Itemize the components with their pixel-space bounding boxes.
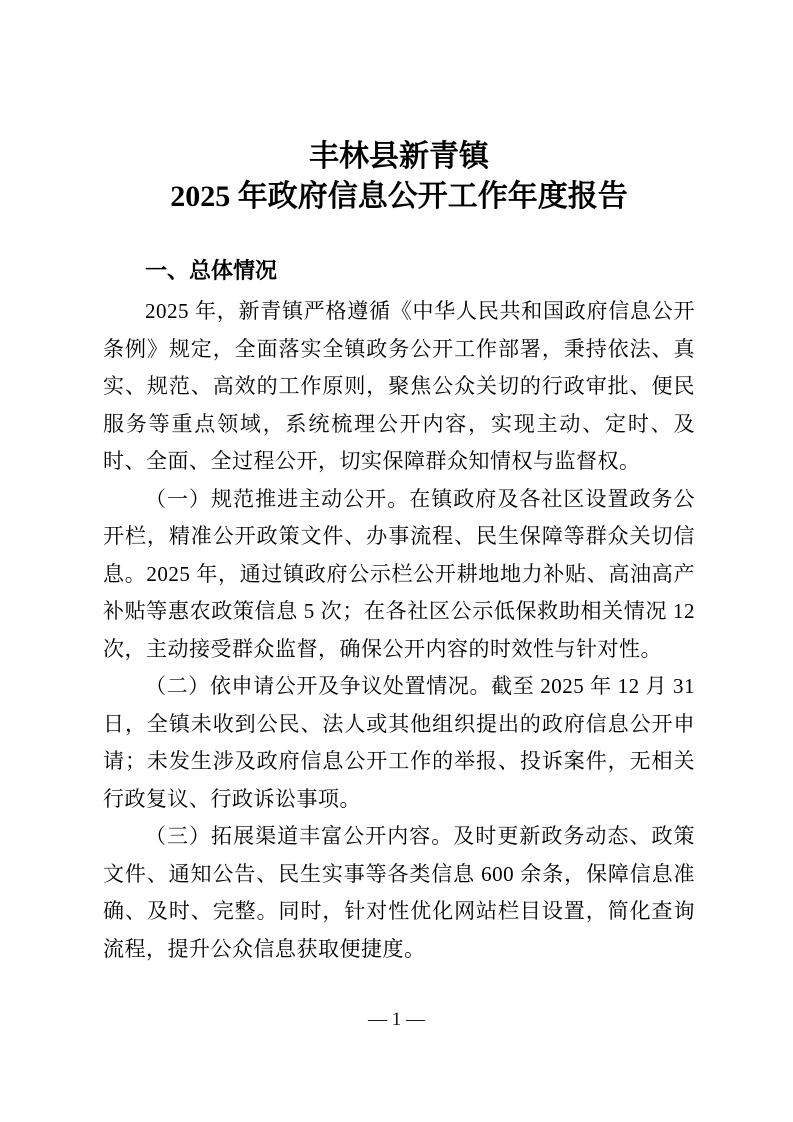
paragraph-item-3-channel-expansion: （三）拓展渠道丰富公开内容。及时更新政务动态、政策文件、通知公告、民生实事等各类… [103, 818, 695, 968]
document-title-line-2: 2025 年政府信息公开工作年度报告 [103, 177, 695, 217]
document-title-line-1: 丰林县新青镇 [103, 137, 695, 177]
document-title: 丰林县新青镇 2025 年政府信息公开工作年度报告 [103, 137, 695, 217]
paragraph-item-1-proactive-disclosure: （一）规范推进主动公开。在镇政府及各社区设置政务公开栏，精准公开政策文件、办事流… [103, 481, 695, 669]
document-page: 丰林县新青镇 2025 年政府信息公开工作年度报告 一、总体情况 2025 年，… [0, 0, 793, 1122]
page-number: — 1 — [0, 1005, 793, 1035]
paragraph-item-2-disclosure-upon-request: （二）依申请公开及争议处置情况。截至 2025 年 12 月 31 日，全镇未收… [103, 668, 695, 818]
section-heading-overall-situation: 一、总体情况 [103, 252, 695, 290]
document-content: 丰林县新青镇 2025 年政府信息公开工作年度报告 一、总体情况 2025 年，… [103, 0, 695, 968]
paragraph-overview: 2025 年，新青镇严格遵循《中华人民共和国政府信息公开条例》规定，全面落实全镇… [103, 293, 695, 481]
